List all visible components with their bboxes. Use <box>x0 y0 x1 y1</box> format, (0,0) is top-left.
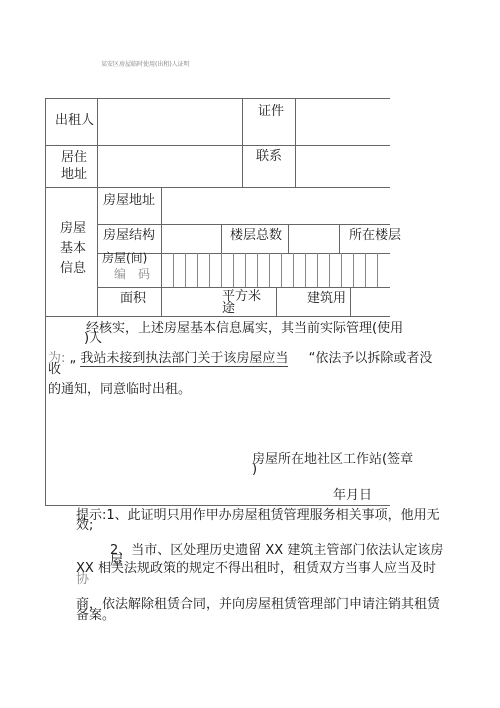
house-code-grid[interactable] <box>162 254 389 286</box>
signature-area[interactable] <box>250 440 390 504</box>
usage-field[interactable] <box>351 288 389 315</box>
house-structure-field[interactable] <box>162 225 220 252</box>
house-info-label-line2: 基本 <box>60 240 86 258</box>
note-2-line3: 商，依法解除租赁合同，并向房屋租赁管理部门申请注销其租赁 <box>76 597 440 613</box>
area-field[interactable] <box>162 288 222 315</box>
contact-field[interactable] <box>296 146 389 186</box>
house-info-label-line3: 信息 <box>60 260 86 278</box>
note-2-line2b: 协 <box>76 574 89 586</box>
col-divider <box>221 224 222 253</box>
verification-line1: 经核实，上述房屋基本信息属实，其当前实际管理(使用 <box>86 321 403 337</box>
lessor-name-field[interactable] <box>98 99 241 144</box>
table-bottom-border <box>45 505 390 506</box>
house-code-label-line1: 房屋(间) <box>102 251 147 265</box>
id-number-field[interactable] <box>296 99 389 144</box>
verification-line2b: 收 <box>48 364 61 376</box>
residence-address-field[interactable] <box>98 146 241 186</box>
residence-label-line2: 地址 <box>61 166 87 184</box>
residence-label-line1: 居住 <box>61 149 87 167</box>
col-divider <box>339 224 340 253</box>
verification-line2: 为: „ 我站未接到执法部门关于该房屋应当 “依法予以拆除或者没 <box>48 351 432 367</box>
row-divider <box>97 224 390 225</box>
table-left-border <box>45 98 46 505</box>
usage-label: 建筑用 <box>307 290 346 308</box>
id-label: 证件 <box>258 103 284 121</box>
house-address-label: 房屋地址 <box>103 192 155 210</box>
house-info-label-line1: 房屋 <box>60 220 86 238</box>
contact-label: 联系 <box>256 148 282 166</box>
total-floors-label: 楼层总数 <box>230 227 282 245</box>
verification-line1b: )人 <box>84 333 102 345</box>
house-address-field[interactable] <box>162 188 389 223</box>
house-code-label-line2: 编 码 <box>114 266 150 282</box>
floor-label: 所在楼层 <box>349 227 401 245</box>
area-label: 面积 <box>120 290 146 308</box>
area-unit-line2: 途 <box>222 302 235 315</box>
row-divider <box>45 316 390 317</box>
document-subtitle: 某安区房屋临时使用(出租)人证明 <box>101 61 201 68</box>
note-2-line1: 2、当市、区处理历史遗留 XX 建筑主管部门依法认定该房 <box>110 543 443 559</box>
verification-quote: “依法予以拆除或者没 <box>309 351 433 366</box>
col-divider <box>242 98 243 187</box>
note-1: 提示:1、此证明只用作甲办房屋租赁管理服务相关事项，他用无 <box>76 508 440 524</box>
col-divider <box>276 287 277 316</box>
note-2-line2: XX 相关法规政策的规定不得出租时，租赁双方当事人应当及时 <box>76 561 436 577</box>
house-structure-label: 房屋结构 <box>103 227 155 245</box>
verification-line3: 的通知，同意临时出租。 <box>48 382 191 398</box>
lessor-label: 出租人 <box>55 112 94 130</box>
row-divider <box>97 287 390 288</box>
note-2-line3b: 备案。 <box>76 610 115 622</box>
verification-underlined: 我站未接到执法部门关于该房屋应当 <box>80 351 288 367</box>
note-1b: 效; <box>76 520 93 532</box>
verification-mark: „ <box>70 351 77 366</box>
total-floors-field[interactable] <box>289 225 338 252</box>
